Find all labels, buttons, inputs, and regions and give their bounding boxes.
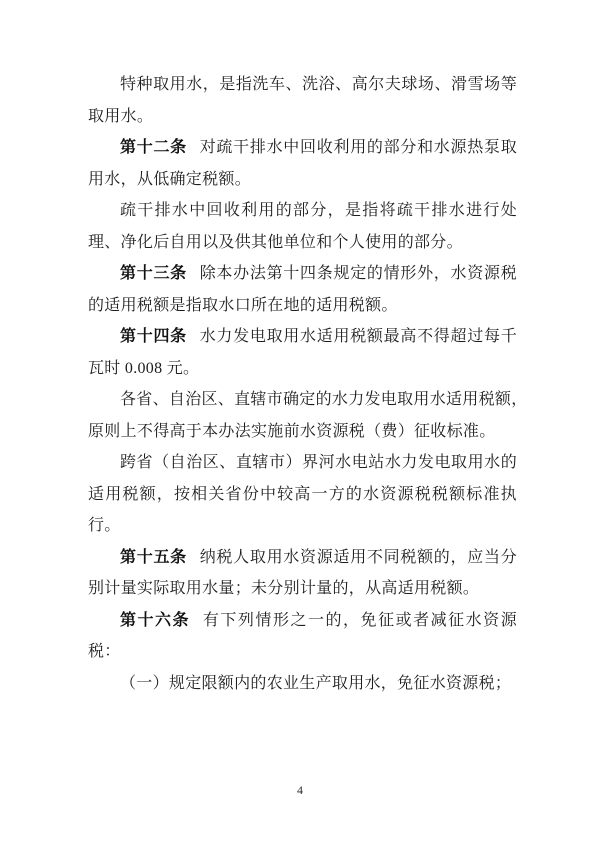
page-number: 4 [297, 783, 303, 797]
line-text: 行。 [88, 517, 121, 534]
line-text: 纳税人取用水资源适用不同税额的，应当分 [200, 549, 517, 566]
article-number: 第十三条 [120, 265, 200, 282]
text-line: 行。 [88, 510, 517, 542]
line-text: （一）规定限额内的农业生产取用水，免征水资源税； [120, 675, 511, 692]
line-text: 用水，从低确定税额。 [88, 171, 251, 188]
text-line: 第十六条有下列情形之一的，免征或者减征水资源 [88, 605, 517, 637]
line-text: 瓦时 0.008 元。 [88, 360, 199, 377]
text-line: 瓦时 0.008 元。 [88, 353, 517, 385]
line-text: 有下列情形之一的，免征或者减征水资源 [203, 612, 517, 629]
line-text: 税： [88, 643, 121, 660]
line-text: 对疏干排水中回收利用的部分和水源热泵取 [200, 139, 517, 156]
line-text: 水力发电取用水适用税额最高不得超过每千 [200, 328, 517, 345]
line-text: 适用税额，按相关省份中较高一方的水资源税税额标准执 [88, 486, 517, 503]
line-text: 疏干排水中回收利用的部分，是指将疏干排水进行处 [120, 202, 517, 219]
text-line: 别计量实际取用水量；未分别计量的，从高适用税额。 [88, 573, 517, 605]
text-line: 的适用税额是指取水口所在地的适用税额。 [88, 290, 517, 322]
line-text: 原则上不得高于本办法实施前水资源税（费）征收标准。 [88, 423, 496, 440]
text-line: 跨省（自治区、直辖市）界河水电站水力发电取用水的 [88, 447, 517, 479]
line-text: 特种取用水，是指洗车、洗浴、高尔夫球场、滑雪场等 [120, 76, 517, 93]
line-text: 各省、自治区、直辖市确定的水力发电取用水适用税额， [120, 391, 528, 408]
text-line: 税： [88, 636, 517, 668]
page-footer: 4 [0, 783, 600, 797]
text-line: 用水，从低确定税额。 [88, 164, 517, 196]
line-text: 取用水。 [88, 108, 153, 125]
text-line: 疏干排水中回收利用的部分，是指将疏干排水进行处 [88, 195, 517, 227]
line-text: 理、净化后自用以及供其他单位和个人使用的部分。 [88, 234, 463, 251]
line-text: 的适用税额是指取水口所在地的适用税额。 [88, 297, 398, 314]
article-number: 第十六条 [120, 612, 203, 629]
text-line: 第十三条除本办法第十四条规定的情形外，水资源税 [88, 258, 517, 290]
article-number: 第十二条 [120, 139, 200, 156]
text-line: （一）规定限额内的农业生产取用水，免征水资源税； [88, 668, 517, 700]
line-text: 跨省（自治区、直辖市）界河水电站水力发电取用水的 [120, 454, 517, 471]
article-number: 第十四条 [120, 328, 200, 345]
text-line: 第十二条对疏干排水中回收利用的部分和水源热泵取 [88, 132, 517, 164]
text-line: 适用税额，按相关省份中较高一方的水资源税税额标准执 [88, 479, 517, 511]
document-page: 特种取用水，是指洗车、洗浴、高尔夫球场、滑雪场等取用水。第十二条对疏干排水中回收… [0, 0, 600, 848]
line-text: 别计量实际取用水量；未分别计量的，从高适用税额。 [88, 580, 479, 597]
line-text: 除本办法第十四条规定的情形外，水资源税 [200, 265, 517, 282]
text-line: 第十五条纳税人取用水资源适用不同税额的，应当分 [88, 542, 517, 574]
text-line: 原则上不得高于本办法实施前水资源税（费）征收标准。 [88, 416, 517, 448]
text-line: 取用水。 [88, 101, 517, 133]
text-line: 各省、自治区、直辖市确定的水力发电取用水适用税额， [88, 384, 517, 416]
article-number: 第十五条 [120, 549, 200, 566]
text-line: 理、净化后自用以及供其他单位和个人使用的部分。 [88, 227, 517, 259]
text-line: 第十四条水力发电取用水适用税额最高不得超过每千 [88, 321, 517, 353]
document-body: 特种取用水，是指洗车、洗浴、高尔夫球场、滑雪场等取用水。第十二条对疏干排水中回收… [88, 69, 517, 699]
text-line: 特种取用水，是指洗车、洗浴、高尔夫球场、滑雪场等 [88, 69, 517, 101]
